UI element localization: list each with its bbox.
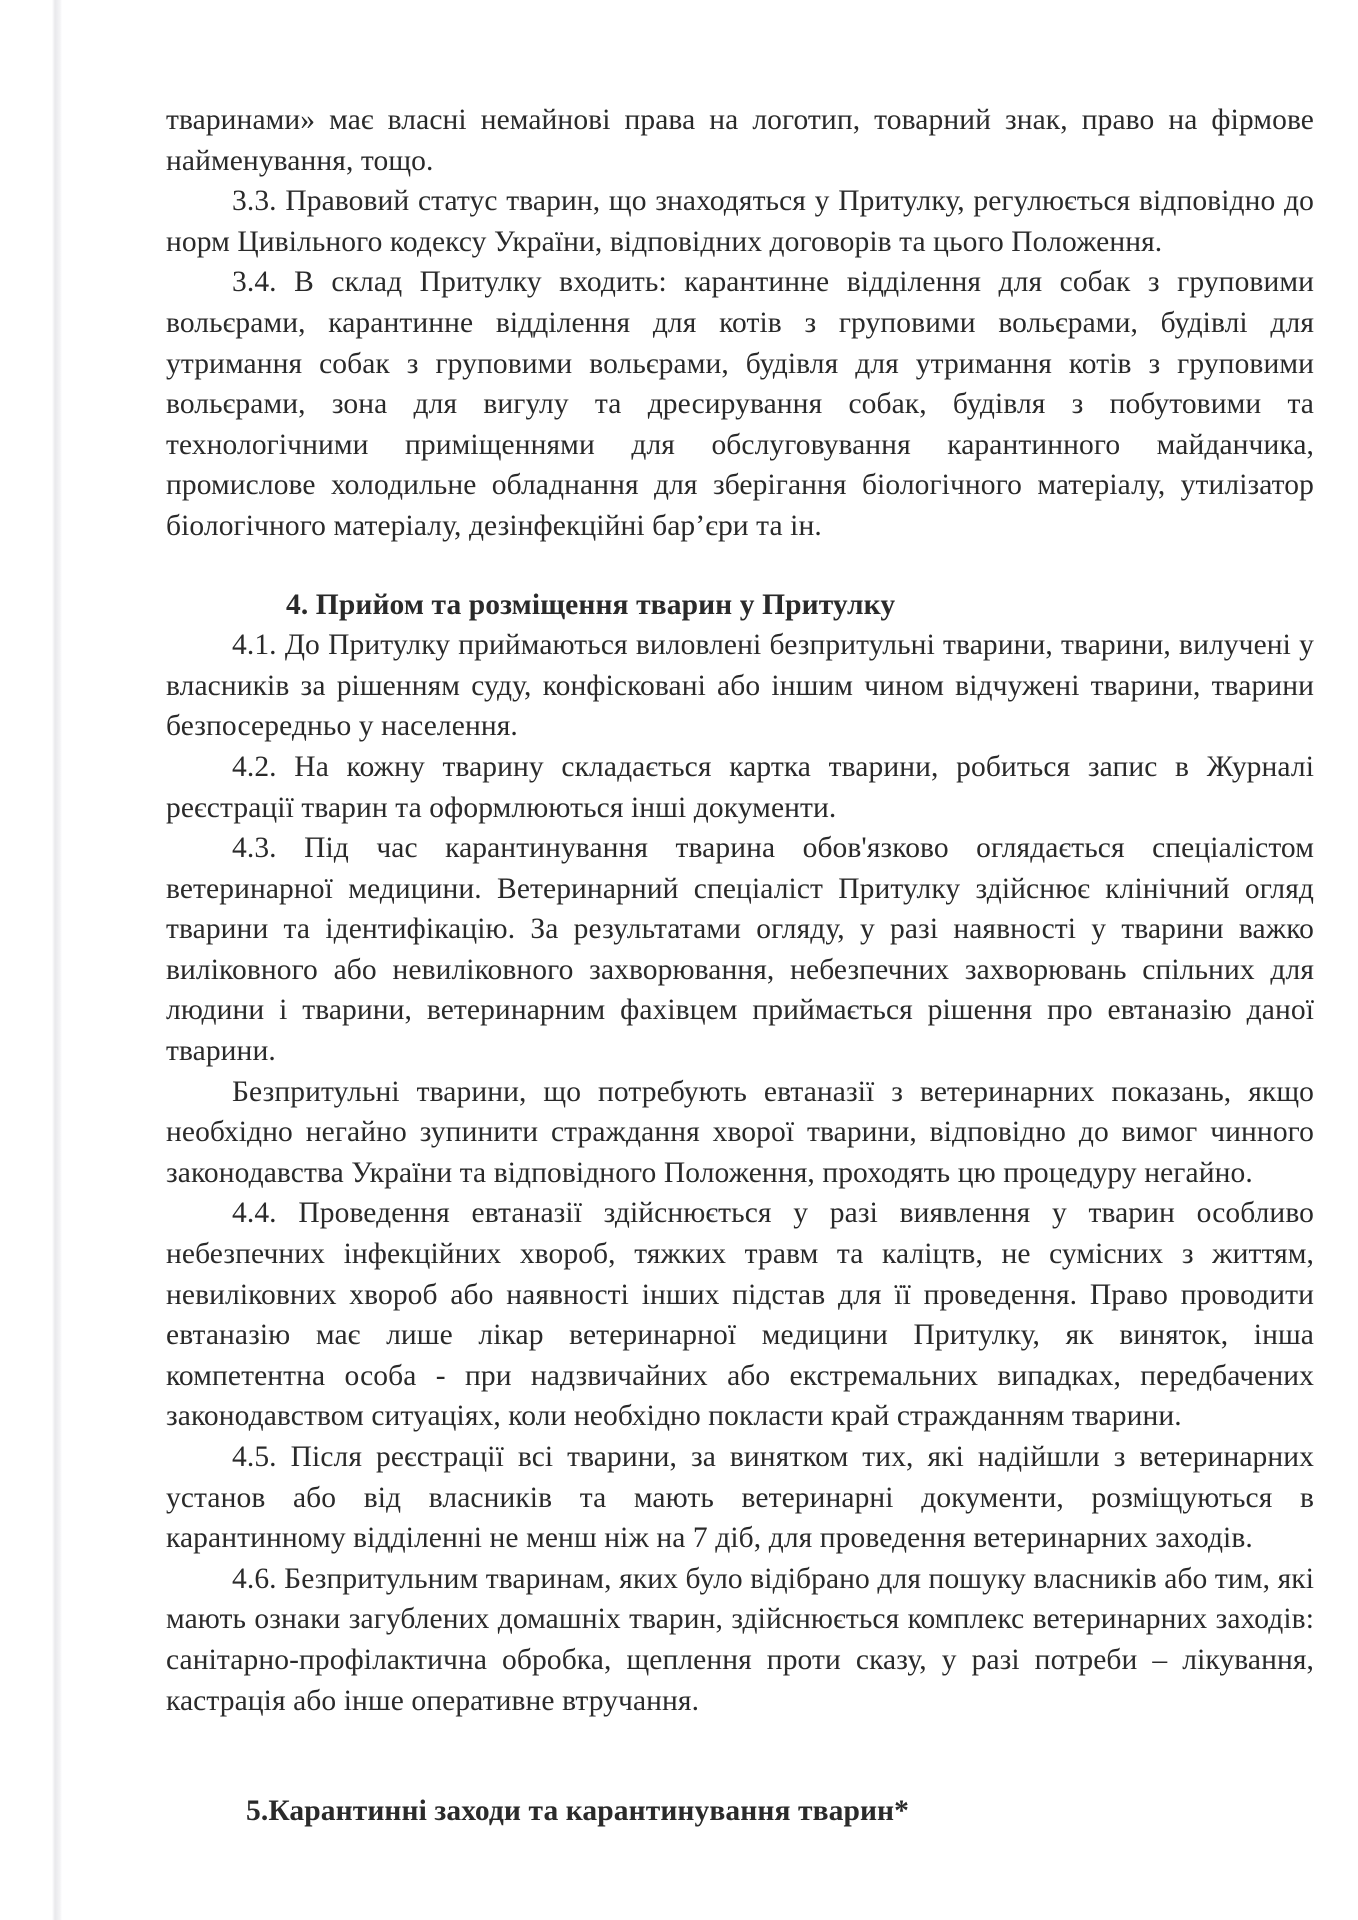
paragraph-4-4: 4.4. Проведення евтаназії здійснюється у… — [166, 1193, 1314, 1437]
document-page: тваринами» має власні немайнові права на… — [166, 100, 1314, 1832]
paragraph-4-6: 4.6. Безпритульним тваринам, яких було в… — [166, 1559, 1314, 1721]
paragraph-3-3: 3.3. Правовий статус тварин, що знаходят… — [166, 181, 1314, 262]
section-4-heading: 4. Прийом та розміщення тварин у Притулк… — [166, 585, 1314, 626]
paragraph-3-2-tail: тваринами» має власні немайнові права на… — [166, 100, 1314, 181]
section-5-heading: 5.Карантинні заходи та карантинування тв… — [166, 1791, 1314, 1832]
paragraph-3-4: 3.4. В склад Притулку входить: карантинн… — [166, 262, 1314, 546]
paragraph-4-3: 4.3. Під час карантинування тварина обов… — [166, 828, 1314, 1072]
scan-edge-strip — [0, 0, 62, 1920]
paragraph-4-5: 4.5. Після реєстрації всі тварини, за ви… — [166, 1437, 1314, 1559]
paragraph-4-3-b: Безпритульні тварини, що потребують евта… — [166, 1072, 1314, 1194]
paragraph-4-1: 4.1. До Притулку приймаються виловлені б… — [166, 625, 1314, 747]
paragraph-4-2: 4.2. На кожну тварину складається картка… — [166, 747, 1314, 828]
